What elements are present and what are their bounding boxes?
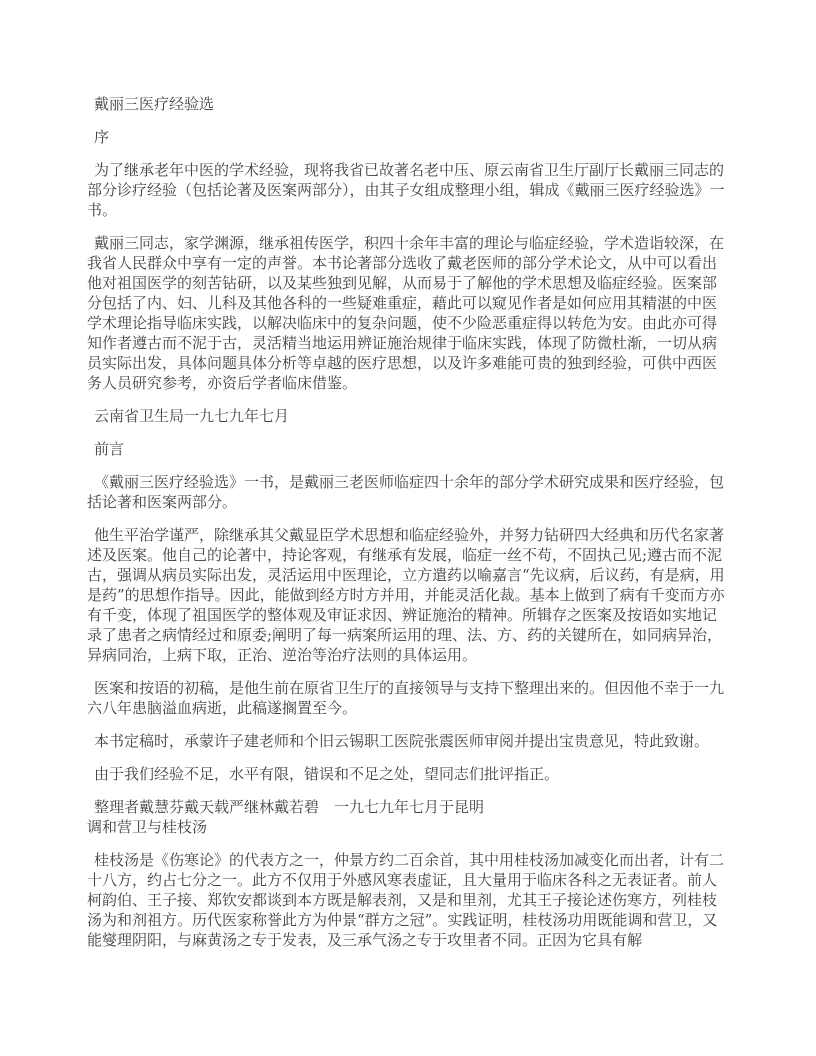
- book-title-line: 戴丽三医疗经验选: [87, 94, 727, 114]
- foreword-paragraph-1: 《戴丽三医疗经验选》一书，是戴丽三老医师临症四十余年的部分学术研究成果和医疗经验…: [87, 472, 727, 512]
- signature-yunnan-health-bureau: 云南省卫生局一九七九年七月: [87, 406, 727, 426]
- chapter-title-guizhitang: 调和营卫与桂枝汤: [87, 817, 727, 837]
- chapter-paragraph-1: 桂枝汤是《伤寒论》的代表方之一，仲景方约二百余首，其中用桂枝汤加减变化而出者，计…: [87, 850, 727, 950]
- foreword-paragraph-3: 医案和按语的初稿，是他生前在原省卫生厅的直接领导与支持下整理出来的。但因他不幸于…: [87, 678, 727, 718]
- editors-line: 整理者戴慧芬戴天载严继林戴若碧 一九七九年七月于昆明: [87, 797, 727, 817]
- section-heading-preface: 序: [87, 127, 727, 147]
- preface-paragraph-1: 为了继承老年中医的学术经验，现将我省已故著名老中压、原云南省卫生厅副厅长戴丽三同…: [87, 160, 727, 220]
- foreword-paragraph-4: 本书定稿时，承蒙许子建老师和个旧云锡职工医院张震医师审阅并提出宝贵意见，特此致谢…: [87, 731, 727, 751]
- foreword-paragraph-5: 由于我们经验不足，水平有限，错误和不足之处，望同志们批评指正。: [87, 764, 727, 784]
- document-page: 戴丽三医疗经验选 序 为了继承老年中医的学术经验，现将我省已故著名老中压、原云南…: [0, 0, 816, 1056]
- section-heading-foreword: 前言: [87, 439, 727, 459]
- preface-paragraph-2: 戴丽三同志，家学渊源，继承祖传医学，积四十余年丰富的理论与临症经验，学术造诣较深…: [87, 233, 727, 393]
- foreword-paragraph-2: 他生平治学谨严，除继承其父戴显臣学术思想和临症经验外，并努力钻研四大经典和历代名…: [87, 525, 727, 665]
